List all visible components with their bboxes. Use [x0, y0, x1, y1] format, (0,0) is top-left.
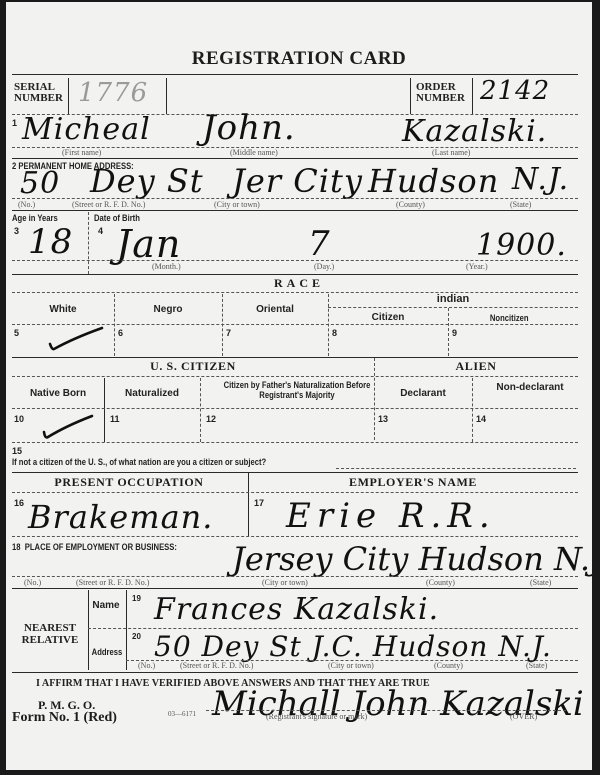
address-caption-city: (City or town)	[214, 200, 260, 209]
nation-question: If not a citizen of the U. S., of what n…	[12, 457, 266, 467]
field-number-4: 4	[98, 226, 103, 236]
field-number-17: 17	[254, 498, 264, 508]
nondeclarant-label: Non-declarant	[472, 382, 578, 393]
over-note: (OVER)	[510, 712, 537, 721]
us-citizen-heading: U. S. CITIZEN	[12, 359, 374, 374]
field-number-16: 16	[14, 498, 24, 508]
field-number-2: 2	[12, 161, 16, 171]
birth-day-caption: (Day.)	[314, 262, 334, 271]
fathers-naturalization-label: Citizen by Father's Naturalization Befor…	[212, 380, 382, 400]
field-number-14: 14	[476, 414, 486, 424]
age-value: 18	[28, 222, 73, 262]
address-street-value: Dey St	[90, 162, 204, 200]
last-name-caption: (Last name)	[432, 148, 470, 157]
middle-name-caption: (Middle name)	[230, 148, 278, 157]
field-number-12: 12	[206, 414, 216, 424]
field-number-5: 5	[14, 328, 19, 338]
relative-address-value: 50 Dey St J.C. Hudson N.J.	[154, 630, 552, 663]
field-number-15: 15	[12, 446, 22, 456]
race-indian-noncitizen-label: Noncitizen	[454, 313, 565, 323]
employment-caption-state: (State)	[530, 578, 551, 587]
relative-name-label: Name	[88, 600, 124, 611]
birth-month-caption: (Month.)	[152, 262, 181, 271]
field-number-6: 6	[118, 328, 123, 338]
birth-day-value: 7	[308, 224, 331, 264]
field-number-11: 11	[110, 414, 120, 424]
relative-name-value: Frances Kazalski.	[154, 592, 439, 627]
employer-value: Erie R.R.	[286, 496, 496, 536]
middle-name-value: John.	[202, 108, 296, 148]
employment-caption-street: (Street or R. F. D. No.)	[76, 578, 149, 587]
occupation-value: Brakeman.	[28, 498, 213, 536]
field-number-7: 7	[226, 328, 231, 338]
card-title: REGISTRATION CARD	[6, 48, 592, 70]
field-number-10: 10	[14, 414, 24, 424]
field-number-9: 9	[452, 328, 457, 338]
order-number-label: ORDER NUMBER	[416, 82, 474, 104]
registration-card: REGISTRATION CARD SERIAL NUMBER 1776 ORD…	[6, 2, 592, 770]
last-name-value: Kazalski.	[402, 114, 547, 149]
form-number-label: Form No. 1 (Red)	[12, 710, 117, 726]
race-indian-label: Indian	[328, 294, 578, 305]
race-heading: RACE	[6, 276, 592, 291]
relative-caption-no: (No.)	[138, 661, 155, 670]
serial-number-label: SERIAL NUMBER	[14, 82, 70, 104]
employment-caption-city: (City or town)	[262, 578, 308, 587]
employer-heading: EMPLOYER'S NAME	[248, 475, 578, 490]
alien-heading: ALIEN	[374, 359, 578, 374]
native-born-checkmark-icon	[36, 414, 96, 440]
employment-place-value: Jersey City Hudson N.J.	[232, 540, 592, 578]
serial-number-value: 1776	[78, 78, 148, 108]
address-state-value: N.J.	[512, 162, 569, 197]
race-indian-citizen-label: Citizen	[328, 312, 448, 323]
field-number-19: 19	[132, 594, 141, 603]
field-number-3: 3	[14, 226, 19, 236]
address-caption-street: (Street or R. F. D. No.)	[72, 200, 145, 209]
field-number-13: 13	[378, 414, 388, 424]
employment-place-label: PLACE OF EMPLOYMENT OR BUSINESS:	[25, 542, 177, 552]
occupation-heading: PRESENT OCCUPATION	[12, 475, 246, 490]
field-number-1: 1	[12, 118, 17, 128]
white-checkmark-icon	[44, 326, 104, 352]
relative-address-label: Address	[90, 647, 124, 657]
employment-caption-county: (County)	[426, 578, 455, 587]
first-name-value: Micheal	[22, 112, 151, 147]
address-caption-county: (County)	[396, 200, 425, 209]
address-number-value: 50	[20, 166, 60, 201]
field-number-8: 8	[332, 328, 337, 338]
relative-caption-street: (Street or R. F. D. No.)	[180, 661, 253, 670]
address-city-value: Jer City	[232, 162, 363, 200]
race-white-label: White	[12, 304, 114, 315]
birth-year-caption: (Year.)	[466, 262, 488, 271]
address-county-value: Hudson	[368, 162, 499, 200]
declarant-label: Declarant	[374, 388, 472, 399]
native-born-label: Native Born	[12, 388, 104, 399]
order-number-value: 2142	[480, 76, 550, 106]
nearest-relative-label: NEAREST RELATIVE	[12, 622, 88, 646]
signature-caption: (Registrant's signature or mark)	[266, 712, 367, 721]
print-code: 03—6171	[168, 710, 196, 718]
race-negro-label: Negro	[114, 304, 222, 315]
first-name-caption: (First name)	[62, 148, 101, 157]
naturalized-label: Naturalized	[104, 388, 200, 399]
birth-year-value: 1900.	[476, 228, 567, 263]
relative-caption-county: (County)	[434, 661, 463, 670]
address-caption-no: (No.)	[18, 200, 35, 209]
field-number-20: 20	[132, 632, 141, 641]
employment-caption-no: (No.)	[24, 578, 41, 587]
relative-caption-state: (State)	[526, 661, 547, 670]
field-number-18: 18	[12, 542, 21, 552]
address-caption-state: (State)	[510, 200, 531, 209]
relative-caption-city: (City or town)	[328, 661, 374, 670]
race-oriental-label: Oriental	[222, 304, 328, 315]
